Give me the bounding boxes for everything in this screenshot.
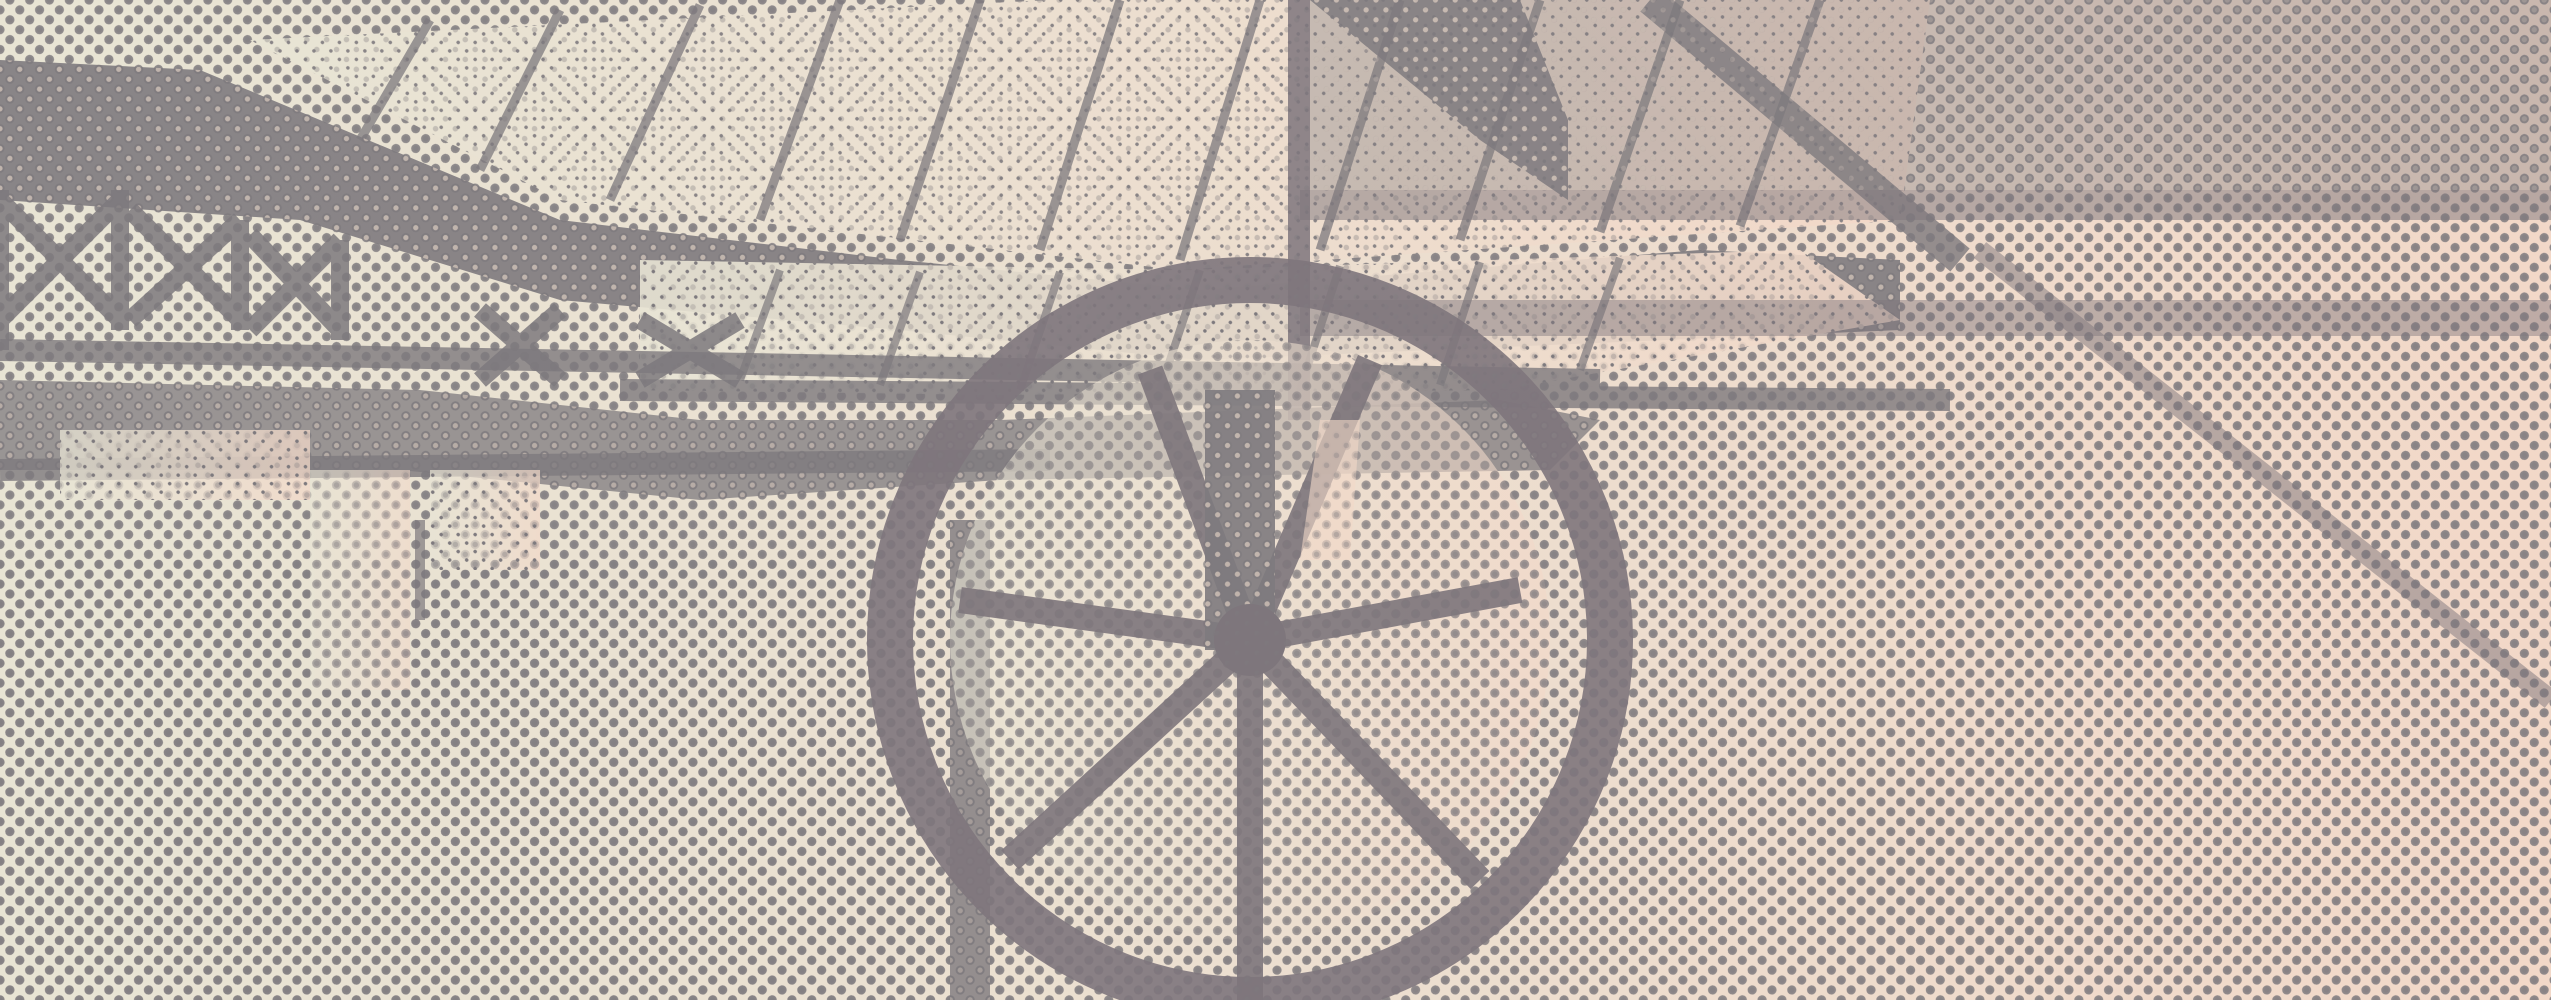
halftone-biplane-image <box>0 0 2551 1000</box>
biplane-illustration <box>0 0 2551 1000</box>
